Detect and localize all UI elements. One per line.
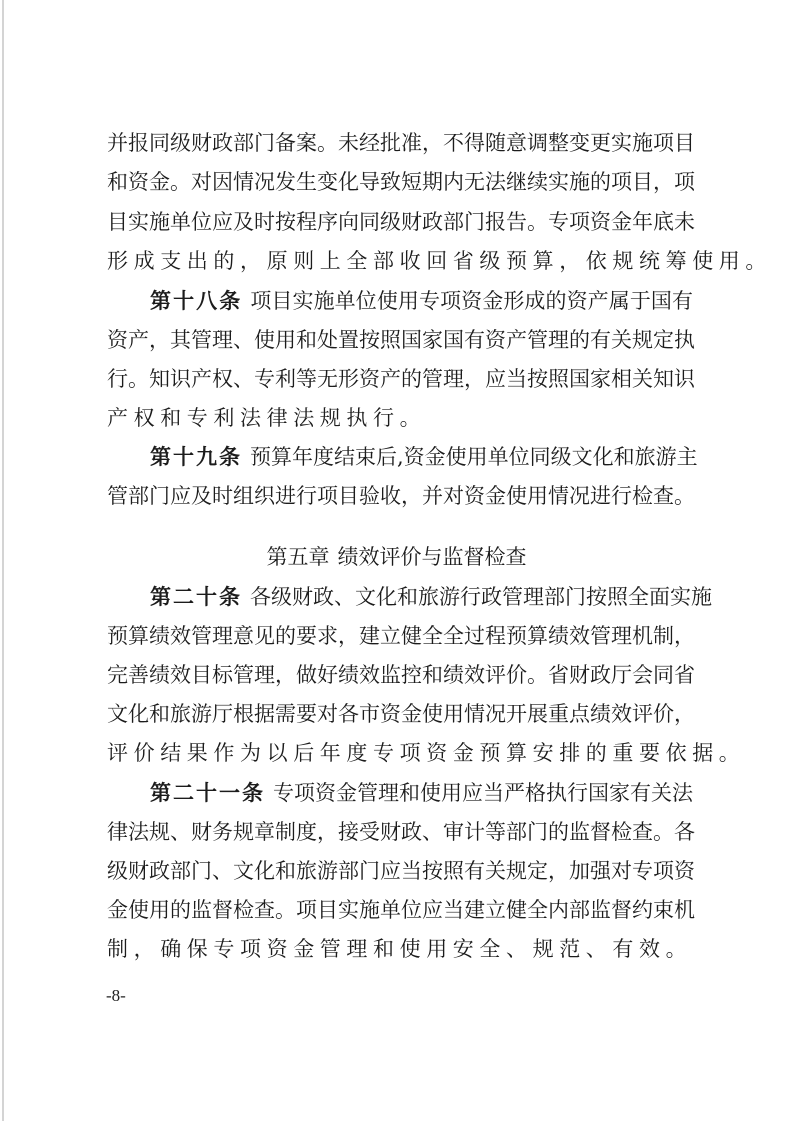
article-text: 专项资金管理和使用应当严格执行国家有关法 xyxy=(273,781,693,805)
page-number: -8- xyxy=(106,986,126,1006)
article-number: 第十九条 xyxy=(150,445,242,469)
paragraph-line: 产权和专利法律法规执行。 xyxy=(107,406,693,430)
article-20-first-line: 第二十条各级财政、文化和旅游行政管理部门按照全面实施 xyxy=(150,585,693,609)
paragraph-line: 和资金。对因情况发生变化导致短期内无法继续实施的项目，项 xyxy=(107,170,693,194)
paragraph-line: 律法规、财务规章制度，接受财政、审计等部门的监督检查。各 xyxy=(107,820,693,844)
paragraph-line: 金使用的监督检查。项目实施单位应当建立健全内部监督约束机 xyxy=(107,898,693,922)
paragraph-line: 完善绩效目标管理，做好绩效监控和绩效评价。省财政厅会同省 xyxy=(107,663,693,687)
article-18-first-line: 第十八条项目实施单位使用专项资金形成的资产属于国有 xyxy=(150,289,693,313)
article-number: 第十八条 xyxy=(150,289,242,313)
article-19-first-line: 第十九条预算年度结束后,资金使用单位同级文化和旅游主 xyxy=(150,445,693,469)
paragraph-line: 级财政部门、文化和旅游部门应当按照有关规定，加强对专项资 xyxy=(107,859,693,883)
article-number: 第二十一条 xyxy=(150,781,265,805)
paragraph-line: 制，确保专项资金管理和使用安全、规范、有效。 xyxy=(107,937,693,961)
article-text: 各级财政、文化和旅游行政管理部门按照全面实施 xyxy=(250,585,712,609)
paragraph-line: 评价结果作为以后年度专项资金预算安排的重要依据。 xyxy=(107,741,693,765)
paragraph-line: 形成支出的，原则上全部收回省级预算，依规统筹使用。 xyxy=(107,249,693,273)
paragraph-line: 预算绩效管理意见的要求，建立健全全过程预算绩效管理机制， xyxy=(107,624,693,648)
chapter-title-text: 绩效评价与监督检查 xyxy=(338,545,527,569)
paragraph-line: 文化和旅游厅根据需要对各市资金使用情况开展重点绩效评价， xyxy=(107,702,693,726)
chapter-number: 第五章 xyxy=(267,545,330,569)
document-page: 并报同级财政部门备案。未经批准，不得随意调整变更实施项目 和资金。对因情况发生变… xyxy=(0,0,793,1121)
paragraph-line: 管部门应及时组织进行项目验收，并对资金使用情况进行检查。 xyxy=(107,484,693,508)
article-21-first-line: 第二十一条专项资金管理和使用应当严格执行国家有关法 xyxy=(150,781,693,805)
article-text: 预算年度结束后,资金使用单位同级文化和旅游主 xyxy=(250,445,698,469)
paragraph-line: 行。知识产权、专利等无形资产的管理，应当按照国家相关知识 xyxy=(107,367,693,391)
article-text: 项目实施单位使用专项资金形成的资产属于国有 xyxy=(250,289,693,313)
paragraph-line: 并报同级财政部门备案。未经批准，不得随意调整变更实施项目 xyxy=(107,131,693,155)
paragraph-line: 资产，其管理、使用和处置按照国家国有资产管理的有关规定执 xyxy=(107,328,693,352)
paragraph-line: 目实施单位应及时按程序向同级财政部门报告。专项资金年底未 xyxy=(107,210,693,234)
article-number: 第二十条 xyxy=(150,585,242,609)
chapter-heading: 第五章绩效评价与监督检查 xyxy=(0,545,793,569)
